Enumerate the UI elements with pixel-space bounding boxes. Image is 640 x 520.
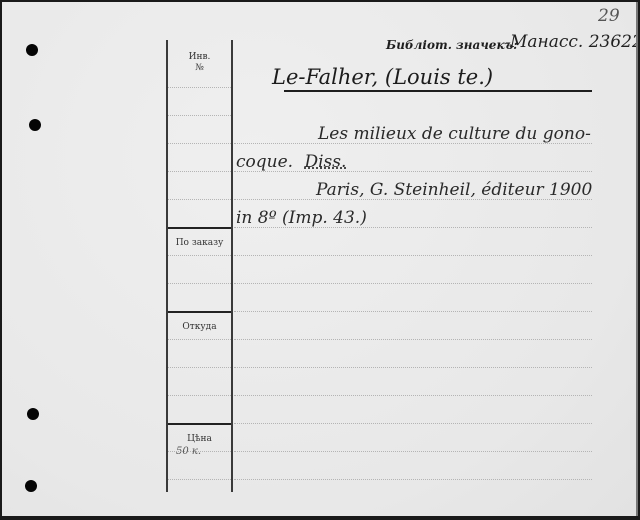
ruled-line (234, 479, 592, 480)
section-divider (168, 423, 231, 425)
ruled-line (234, 451, 592, 452)
title-line-2: coque. Diss. (236, 152, 346, 172)
punch-hole (27, 408, 39, 420)
imprint: Paris, G. Steinheil, éditeur 1900 (316, 180, 592, 200)
ruled-line (168, 171, 231, 172)
library-mark-label: Библіот. значекъ: (386, 38, 518, 52)
column-right-border (231, 40, 233, 492)
ruled-line (168, 367, 231, 368)
ruled-line (168, 87, 231, 88)
ruled-line (234, 423, 592, 424)
punch-hole (26, 44, 38, 56)
dissertation-note: Diss. (304, 152, 346, 172)
ruled-line (168, 199, 231, 200)
ruled-line (168, 255, 231, 256)
ruled-line (234, 339, 592, 340)
ruled-line (168, 115, 231, 116)
punch-hole (25, 480, 37, 492)
catalog-card: 29 Библіот. значекъ: Манасс. 23622 Инв. … (2, 2, 638, 516)
ruled-line (168, 395, 231, 396)
punch-hole (29, 119, 41, 131)
ruled-line (234, 311, 592, 312)
ruled-line (168, 339, 231, 340)
price-label: Цѣна (168, 434, 231, 445)
library-mark-value: Манасс. 23622 (510, 32, 638, 52)
author-heading: Le-Falher, (Louis te.) (272, 65, 493, 89)
section-divider (168, 227, 231, 229)
ruled-line (234, 367, 592, 368)
ruled-line (168, 283, 231, 284)
page-number: 29 (598, 6, 620, 26)
ruled-line (168, 451, 231, 452)
ruled-line (168, 479, 231, 480)
inventory-label: Инв. № (168, 52, 231, 74)
format-note: in 8º (Imp. 43.) (236, 208, 367, 228)
by-order-label: По заказу (168, 238, 231, 249)
ruled-line (168, 143, 231, 144)
ruled-line (234, 395, 592, 396)
author-underline (284, 90, 592, 92)
source-label: Откуда (168, 322, 231, 333)
title-continuation: coque. (236, 152, 293, 172)
ruled-line (234, 255, 592, 256)
title-line-1: Les milieux de culture du gono- (318, 124, 591, 144)
section-divider (168, 311, 231, 313)
ruled-line (234, 283, 592, 284)
